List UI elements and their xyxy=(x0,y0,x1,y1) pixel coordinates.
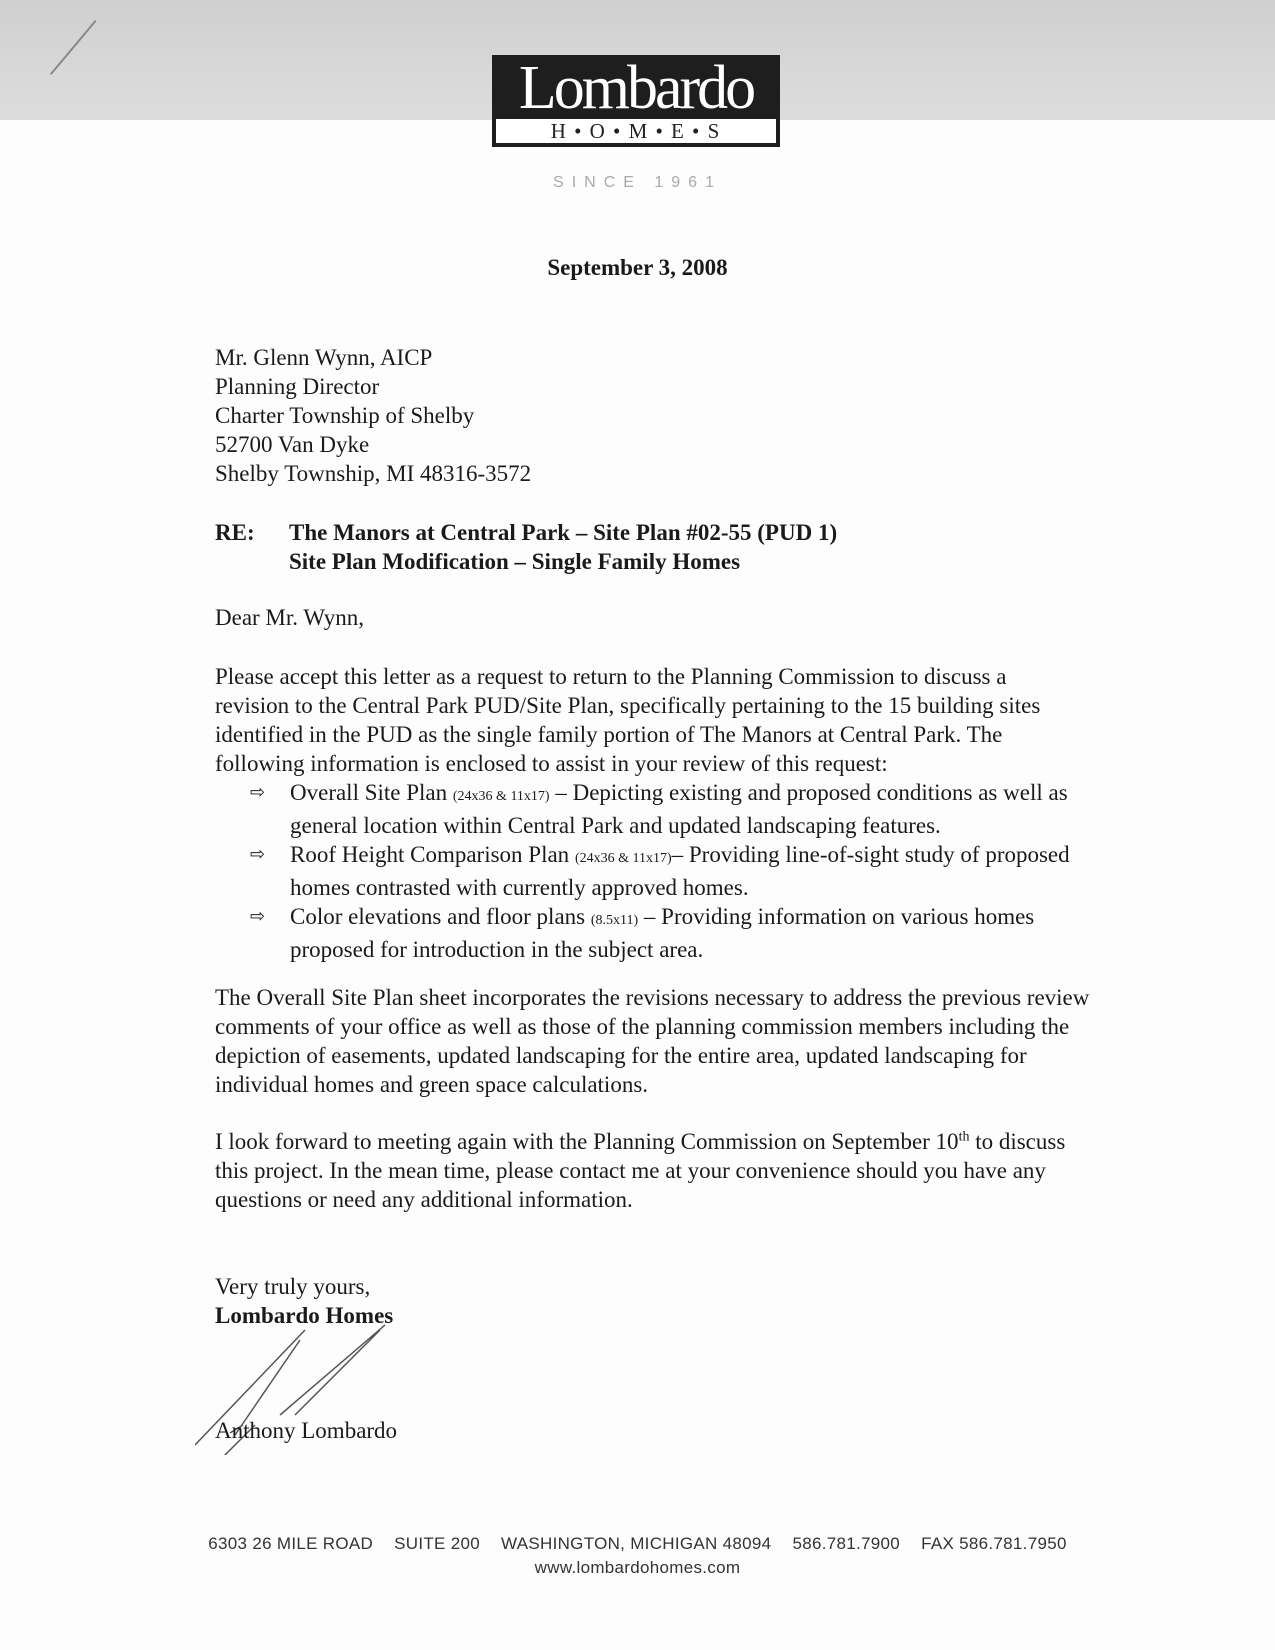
arrow-right-icon: ⇨ xyxy=(250,840,265,869)
recipient-organization: Charter Township of Shelby xyxy=(215,401,531,430)
logo-homes-bar: H • O • M • E • S xyxy=(496,119,776,143)
enclosure-size: (24x36 & 11x17) xyxy=(575,851,672,866)
company-logo: Lombardo H • O • M • E • S xyxy=(492,55,780,147)
recipient-address: Mr. Glenn Wynn, AICP Planning Director C… xyxy=(215,343,531,488)
subject-line-1: The Manors at Central Park – Site Plan #… xyxy=(289,518,837,547)
paragraph-revisions: The Overall Site Plan sheet incorporates… xyxy=(215,983,1095,1099)
enclosure-title: Roof Height Comparison Plan xyxy=(290,842,569,867)
letter-date: September 3, 2008 xyxy=(0,255,1275,281)
enclosure-size: (8.5x11) xyxy=(591,913,638,928)
footer-phone: 586.781.7900 xyxy=(792,1534,900,1553)
closing-phrase: Very truly yours, xyxy=(215,1272,393,1301)
footer-city: WASHINGTON, MICHIGAN 48094 xyxy=(501,1534,771,1553)
subject-line-2: Site Plan Modification – Single Family H… xyxy=(289,547,837,576)
paragraph-meeting: I look forward to meeting again with the… xyxy=(215,1127,1095,1214)
logo-wordmark: Lombardo xyxy=(492,57,780,119)
enclosure-list: ⇨ Overall Site Plan (24x36 & 11x17) – De… xyxy=(250,778,1090,964)
enclosure-title: Overall Site Plan xyxy=(290,780,447,805)
arrow-right-icon: ⇨ xyxy=(250,902,265,931)
recipient-title: Planning Director xyxy=(215,372,531,401)
subject-label: RE: xyxy=(215,518,255,547)
enclosure-item: ⇨ Color elevations and floor plans (8.5x… xyxy=(250,902,1090,964)
tagline: SINCE 1961 xyxy=(0,174,1275,192)
footer-address: 6303 26 MILE ROAD xyxy=(208,1534,373,1553)
signer-name: Anthony Lombardo xyxy=(215,1418,397,1444)
meeting-text-before: I look forward to meeting again with the… xyxy=(215,1129,959,1154)
footer-suite: SUITE 200 xyxy=(394,1534,480,1553)
enclosure-item: ⇨ Overall Site Plan (24x36 & 11x17) – De… xyxy=(250,778,1090,840)
salutation: Dear Mr. Wynn, xyxy=(215,605,364,631)
arrow-right-icon: ⇨ xyxy=(250,778,265,807)
footer-website: www.lombardohomes.com xyxy=(0,1556,1275,1580)
recipient-street: 52700 Van Dyke xyxy=(215,430,531,459)
letterhead-footer: 6303 26 MILE ROAD SUITE 200 WASHINGTON, … xyxy=(0,1532,1275,1580)
recipient-city: Shelby Township, MI 48316-3572 xyxy=(215,459,531,488)
enclosure-item: ⇨ Roof Height Comparison Plan (24x36 & 1… xyxy=(250,840,1090,902)
enclosure-size: (24x36 & 11x17) xyxy=(453,789,550,804)
enclosure-title: Color elevations and floor plans xyxy=(290,904,585,929)
recipient-name: Mr. Glenn Wynn, AICP xyxy=(215,343,531,372)
footer-fax: FAX 586.781.7950 xyxy=(921,1534,1067,1553)
paragraph-intro: Please accept this letter as a request t… xyxy=(215,662,1085,778)
ordinal-suffix: th xyxy=(959,1129,970,1144)
